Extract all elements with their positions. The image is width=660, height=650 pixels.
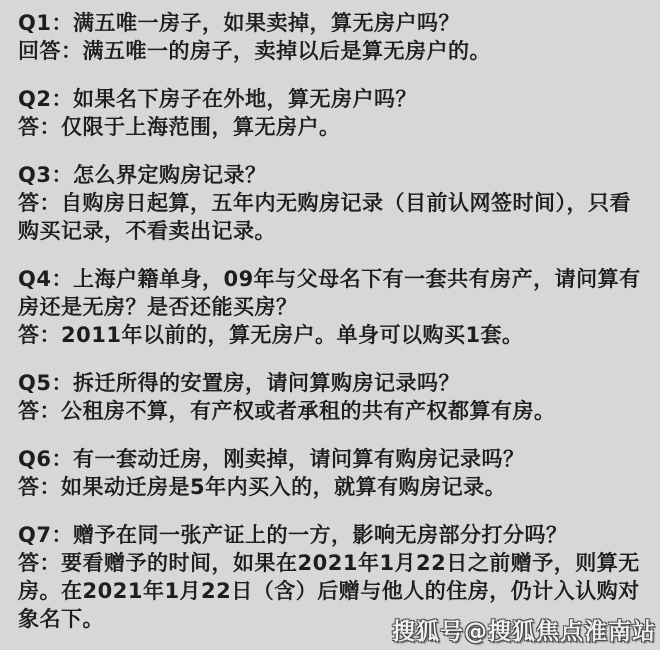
qa-block-4: Q4：上海户籍单身，09年与父母名下有一套共有房产，请问算有房还是无房？是否还能… — [18, 265, 644, 349]
answer-text: 答：公租房不算，有产权或者承租的共有产权都算有房。 — [18, 397, 644, 425]
question-text: Q1：满五唯一房子，如果卖掉，算无房户吗？ — [18, 9, 644, 37]
document-page: Q1：满五唯一房子，如果卖掉，算无房户吗？ 回答：满五唯一的房子，卖掉以后是算无… — [0, 0, 660, 650]
answer-text: 答：自购房日起算，五年内无购房记录（目前认网签时间），只看购买记录，不看卖出记录… — [18, 189, 644, 245]
qa-block-3: Q3：怎么界定购房记录？ 答：自购房日起算，五年内无购房记录（目前认网签时间），… — [18, 161, 644, 245]
qa-block-2: Q2：如果名下房子在外地，算无房户吗？ 答：仅限于上海范围，算无房户。 — [18, 85, 644, 141]
qa-block-6: Q6：有一套动迁房，刚卖掉，请问算有购房记录吗？ 答：如果动迁房是5年内买入的，… — [18, 445, 644, 501]
sohu-watermark: 搜狐号@搜狐焦点淮南站 — [392, 613, 656, 646]
qa-block-1: Q1：满五唯一房子，如果卖掉，算无房户吗？ 回答：满五唯一的房子，卖掉以后是算无… — [18, 9, 644, 65]
answer-text: 答：如果动迁房是5年内买入的，就算有购房记录。 — [18, 473, 644, 501]
question-text: Q2：如果名下房子在外地，算无房户吗？ — [18, 85, 644, 113]
question-text: Q7：赠予在同一张产证上的一方，影响无房部分打分吗？ — [18, 521, 644, 549]
qa-block-5: Q5：拆迁所得的安置房，请问算购房记录吗？ 答：公租房不算，有产权或者承租的共有… — [18, 369, 644, 425]
answer-text: 答：2011年以前的，算无房户。单身可以购买1套。 — [18, 321, 644, 349]
question-text: Q6：有一套动迁房，刚卖掉，请问算有购房记录吗？ — [18, 445, 644, 473]
answer-text: 回答：满五唯一的房子，卖掉以后是算无房户的。 — [18, 37, 644, 65]
qa-content: Q1：满五唯一房子，如果卖掉，算无房户吗？ 回答：满五唯一的房子，卖掉以后是算无… — [0, 0, 660, 633]
question-text: Q5：拆迁所得的安置房，请问算购房记录吗？ — [18, 369, 644, 397]
question-text: Q4：上海户籍单身，09年与父母名下有一套共有房产，请问算有房还是无房？是否还能… — [18, 265, 644, 321]
answer-text: 答：仅限于上海范围，算无房户。 — [18, 113, 644, 141]
question-text: Q3：怎么界定购房记录？ — [18, 161, 644, 189]
